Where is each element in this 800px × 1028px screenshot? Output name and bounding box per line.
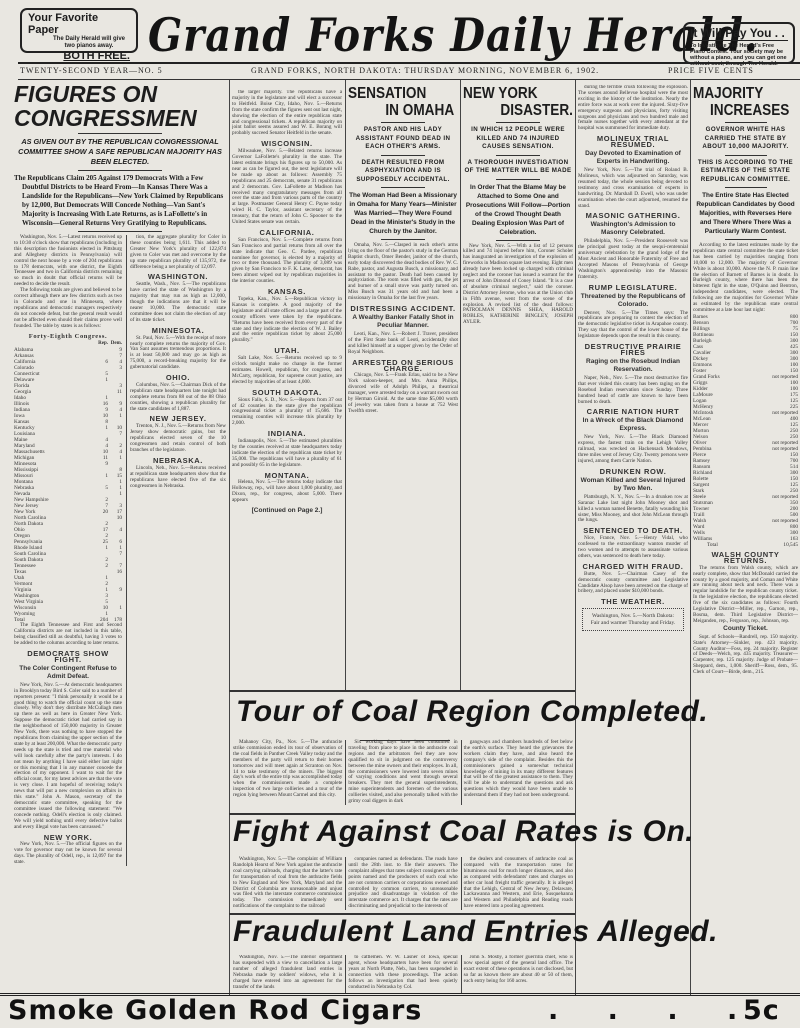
divider bbox=[725, 155, 767, 156]
majority-summary: The Entire State Has Elected Republican … bbox=[693, 191, 798, 236]
section-head: CARRIE NATION HURT bbox=[578, 409, 688, 415]
divider bbox=[496, 179, 540, 180]
majority-deck-2: THIS IS ACCORDING TO THE ESTIMATES OF TH… bbox=[693, 159, 798, 185]
lead-story: FIGURES ON CONGRESSMEN AS GIVEN OUT BY T… bbox=[14, 82, 226, 994]
section-head: ARRESTED ON SERIOUS CHARGE. bbox=[348, 360, 458, 372]
section-head: THE WEATHER. bbox=[578, 599, 688, 605]
divider bbox=[78, 170, 163, 171]
divider bbox=[381, 187, 425, 188]
footer-ad-text: Smoke Golden Rod Cigars bbox=[8, 995, 422, 1026]
banner-rule bbox=[229, 690, 575, 692]
divider bbox=[725, 187, 767, 188]
coal-rates-body: Washington, Nov. 5.—The complaint of Wil… bbox=[233, 857, 573, 910]
section-body: Naper, Neb., Nov. 5.—The most destructiv… bbox=[578, 376, 688, 406]
section-head-democrats: DEMOCRATS SHOW FIGHT. bbox=[14, 651, 122, 663]
state-sections: WISCONSIN.Milwaukee, Nov. 5.—Belated ret… bbox=[232, 141, 342, 504]
divider bbox=[496, 240, 540, 241]
section-head: MOLINEUX TRIAL RESUMED. bbox=[578, 136, 688, 148]
ear-left-tagline: BOTH FREE. bbox=[28, 50, 130, 62]
ny-headline-1: NEW YORK bbox=[463, 85, 557, 102]
ear-right-promo-box: It Will Pay You . . To Investigate The H… bbox=[683, 22, 795, 64]
section-body: Salt Lake, Nov. 5.—Returns received up t… bbox=[232, 356, 342, 386]
section-head: NEW JERSEY. bbox=[130, 416, 226, 422]
lead-summary: The Republicans Claim 205 Against 179 De… bbox=[14, 174, 226, 228]
section-body: Trenton, N. J., Nov. 5.—Returns from New… bbox=[130, 424, 226, 454]
section-head: INDIANA. bbox=[232, 431, 342, 437]
omaha-body: Omaha, Nov. 5.—Clasped in each other's a… bbox=[348, 243, 458, 415]
section-body: Helena, Nov. 5.—The returns today indica… bbox=[232, 480, 342, 504]
table-title: Forty-Eighth Congress. bbox=[14, 334, 122, 340]
ny-deck-2: A THOROUGH INVESTIGATION OF THE MATTER W… bbox=[463, 159, 573, 176]
majority-deck-1: GOVERNOR WHITE HAS CARRIED THE STATE BY … bbox=[693, 126, 798, 152]
majority-body: According to the latest estimates made b… bbox=[693, 243, 798, 676]
section-body: Philadelphia, Nov. 5.—President Roosevel… bbox=[578, 239, 688, 280]
masthead-rule-top bbox=[18, 62, 800, 64]
ny-headline-2: DISASTER. bbox=[463, 102, 557, 119]
section-body: Butte, Nov. 5.—Chairman Casey of the dem… bbox=[578, 572, 688, 596]
section-body: Columbus, Nov. 5.—Chairman Dick of the r… bbox=[130, 383, 226, 413]
continued-note: [Continued on Page 2.] bbox=[232, 507, 342, 515]
footer-ad-price: 5c bbox=[743, 995, 780, 1026]
section-head: CALIFORNIA. bbox=[232, 230, 342, 236]
majority-headline-1: MAJORITY bbox=[693, 85, 782, 102]
divider bbox=[725, 122, 767, 123]
section-head: SOUTH DAKOTA. bbox=[232, 390, 342, 396]
section-head: WISCONSIN. bbox=[232, 141, 342, 147]
section-body: San Francisco, Nov. 5.—Complete returns … bbox=[232, 238, 342, 285]
section-body: New York, Nov. 5.—The trial of Roland B.… bbox=[578, 168, 688, 209]
section-head: UTAH. bbox=[232, 348, 342, 354]
column-divider bbox=[460, 80, 461, 690]
divider bbox=[381, 155, 425, 156]
ny-body: New York, Nov. 5.—With a list of 12 pers… bbox=[463, 244, 573, 327]
masthead-rule-bottom bbox=[18, 79, 800, 80]
section-body: Leoti, Kan., Nov. 5.—Robert J. Traver, p… bbox=[348, 332, 458, 356]
section-body: Lincoln, Neb., Nov. 5.—Returns received … bbox=[130, 466, 226, 490]
county-majorities-table: Barnes800Benson700Billings75Bottineau150… bbox=[693, 314, 798, 548]
newspaper-title: Grand Forks Daily Herald. bbox=[148, 8, 678, 62]
section-body: Indianapolis, Nov. 5.—The estimated plur… bbox=[232, 439, 342, 469]
state-returns-column: the larger majority. The republicans hav… bbox=[232, 90, 342, 685]
section-body: New York, Nov. 5.—The Black Diamond expr… bbox=[578, 435, 688, 465]
footer-advertisement: Smoke Golden Rod Cigars . . . . 5c bbox=[8, 995, 793, 1025]
column-divider bbox=[575, 80, 576, 995]
section-head: KANSAS. bbox=[232, 289, 342, 295]
section-head: DRUNKEN ROW. bbox=[578, 469, 688, 475]
section-head: CHARGED WITH FRAUD. bbox=[578, 564, 688, 570]
section-head-new-york: NEW YORK. bbox=[14, 835, 122, 841]
lead-body-left: Washington, Nov. 5.—Latest returns recei… bbox=[14, 235, 122, 866]
ear-left-title: Your Favorite Paper bbox=[28, 12, 130, 36]
section-head: MINNESOTA. bbox=[130, 328, 226, 334]
section-head: DISTRESSING ACCIDENT. bbox=[348, 306, 458, 312]
divider bbox=[496, 122, 540, 123]
lead-body-columns: Washington, Nov. 5.—Latest returns recei… bbox=[14, 235, 226, 866]
omaha-deck-1: PASTOR AND HIS LADY ASSISTANT FOUND DEAD… bbox=[348, 126, 458, 152]
column-divider bbox=[345, 80, 346, 690]
section-subhead: Raging on the Rosebud Indian Reservation… bbox=[578, 358, 688, 374]
state-returns-list: WASHINGTON.Seattle, Wash., Nov. 5.—The r… bbox=[130, 274, 226, 489]
section-body: Seattle, Wash., Nov. 5.—The republicans … bbox=[130, 282, 226, 323]
section-subhead: A Wealthy Banker Fatally Shot in Peculia… bbox=[348, 314, 458, 330]
newspaper-page: Your Favorite Paper The Daily Herald wil… bbox=[0, 0, 800, 1028]
footer-ad-dots: . . . . bbox=[548, 995, 757, 1026]
divider bbox=[381, 239, 425, 240]
ear-right-title: It Will Pay You . . bbox=[690, 26, 788, 41]
column-divider bbox=[690, 80, 691, 995]
subhead-county-ticket: County Ticket. bbox=[693, 625, 798, 633]
place-and-date: GRAND FORKS, NORTH DAKOTA: THURSDAY MORN… bbox=[251, 66, 599, 75]
section-subhead: Threatened by the Republicans of Colorad… bbox=[578, 293, 688, 309]
omaha-deck-2: DEATH RESULTED FROM ASPHYXIATION AND IS … bbox=[348, 159, 458, 185]
omaha-headline-2: IN OMAHA bbox=[348, 102, 442, 119]
ny-disaster-story: NEW YORK DISASTER. IN WHICH 12 PEOPLE WE… bbox=[463, 85, 573, 685]
dateline: TWENTY-SECOND YEAR—NO. 5 GRAND FORKS, NO… bbox=[18, 66, 800, 78]
divider bbox=[78, 133, 163, 134]
divider bbox=[381, 122, 425, 123]
county-total-row: Total 10,545 bbox=[693, 542, 798, 548]
section-subhead: Washington's Admission to Masonry Celebr… bbox=[578, 221, 688, 237]
ear-left-text: The Daily Herald will give two pianos aw… bbox=[48, 36, 130, 50]
section-body: Plattsburgh, N. Y., Nov. 5.—In a drunken… bbox=[578, 495, 688, 525]
section-head: NEBRASKA. bbox=[130, 458, 226, 464]
section-body: St. Paul, Nov. 5.—With the receipt of mo… bbox=[130, 336, 226, 371]
banner-headline-land-fraud: Fraudulent Land Entries Alleged. bbox=[233, 915, 718, 949]
section-body: Chicago, Nov. 5.—Frank Erlau, said to be… bbox=[348, 373, 458, 414]
section-head-walsh: WALSH COUNTY RETURNS. bbox=[693, 552, 798, 564]
omaha-headline-1: SENSATION bbox=[348, 85, 442, 102]
section-head: MONTANA. bbox=[232, 473, 342, 479]
briefs-column: during the terrible crush following the … bbox=[578, 85, 688, 993]
ear-left-promo-box: Your Favorite Paper The Daily Herald wil… bbox=[20, 8, 138, 53]
volume-number: TWENTY-SECOND YEAR—NO. 5 bbox=[20, 66, 163, 75]
section-head: WASHINGTON. bbox=[130, 274, 226, 280]
weather-forecast-box: Washington, Nov. 5.—North Dakota: Fair a… bbox=[582, 608, 684, 631]
section-subhead: Day Devoted to Examination of Experts in… bbox=[578, 150, 688, 166]
section-head: MASONIC GATHERING. bbox=[578, 213, 688, 219]
masthead: Your Favorite Paper The Daily Herald wil… bbox=[0, 0, 800, 60]
section-body: Denver, Nov. 5.—The Times says: The repu… bbox=[578, 311, 688, 341]
banner-headline-coal-rates: Fight Against Coal Rates is On. bbox=[233, 815, 694, 849]
majority-headline-2: INCREASES bbox=[693, 102, 782, 119]
lead-headline: FIGURES ON CONGRESSMEN bbox=[14, 82, 226, 130]
section-head: RUMP LEGISLATURE. bbox=[578, 285, 688, 291]
section-subhead: Woman Killed and Several Injured by Two … bbox=[578, 477, 688, 493]
section-body: Sioux Falls, S. D., Nov. 5.—Reports from… bbox=[232, 398, 342, 428]
column-divider bbox=[229, 80, 230, 995]
coal-tour-body: Mahanoy City, Pa., Nov. 5.—The anthracit… bbox=[233, 740, 573, 805]
omaha-story: SENSATION IN OMAHA PASTOR AND HIS LADY A… bbox=[348, 85, 458, 685]
subhead-democrats: The Coler Contingent Refuse to Admit Def… bbox=[14, 665, 122, 681]
majority-story: MAJORITY INCREASES GOVERNOR WHITE HAS CA… bbox=[693, 85, 798, 993]
lead-deck: AS GIVEN OUT BY THE REPUBLICAN CONGRESSI… bbox=[14, 137, 226, 167]
section-head: DESTRUCTIVE PRAIRIE FIRES bbox=[578, 344, 688, 356]
price: PRICE FIVE CENTS bbox=[668, 66, 754, 75]
ny-summary: In Order That the Blame May be Attached … bbox=[463, 183, 573, 237]
section-body: Nice, France, Nov. 5.—Henry Vidal, who c… bbox=[578, 536, 688, 560]
divider bbox=[496, 155, 540, 156]
ny-deck-1: IN WHICH 12 PEOPLE WERE KILLED AND 74 IN… bbox=[463, 126, 573, 152]
omaha-summary: The Woman Had Been a Missionary in Omaha… bbox=[348, 191, 458, 236]
congress-table-body: Alabama9Arkansas7California64Colorado3Co… bbox=[14, 347, 122, 617]
lead-body-right: tion, the aggregate plurality for Coler … bbox=[126, 235, 226, 866]
divider bbox=[78, 231, 163, 232]
section-subhead: In a Wreck of the Black Diamond Express. bbox=[578, 417, 688, 433]
banner-headline-coal-tour: Tour of Coal Region Completed. bbox=[236, 695, 708, 729]
section-body: Topeka, Kan., Nov. 5.—Republican victory… bbox=[232, 297, 342, 344]
section-body: Milwaukee, Nov. 5.—Belated returns incre… bbox=[232, 149, 342, 226]
congress-table: Rep. Dem. Alabama9Arkansas7California64C… bbox=[14, 341, 122, 623]
section-head: SENTENCED TO DEATH. bbox=[578, 528, 688, 534]
land-fraud-body: Washington, Nov. 5.—The interior departm… bbox=[233, 955, 573, 993]
divider bbox=[725, 239, 767, 240]
section-head: OHIO. bbox=[130, 375, 226, 381]
